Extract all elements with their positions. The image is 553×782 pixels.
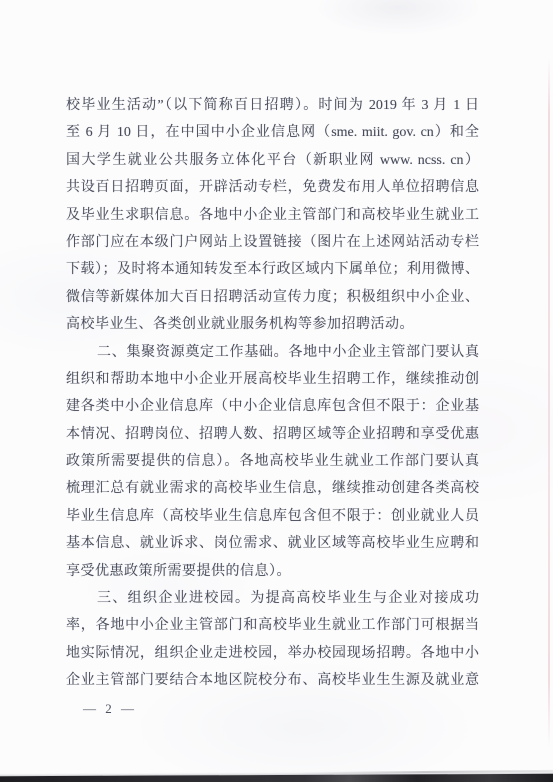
text-line: 本情况、招聘岗位、招聘人数、招聘区域等企业招聘和享受优惠 (66, 421, 479, 448)
text-line: 地实际情况，组织企业走进校园，举办校园现场招聘。各地中小 (66, 640, 479, 667)
text-line: 校毕业生活动”（以下简称百日招聘）。时间为 2019 年 3 月 1 日 (66, 92, 479, 119)
text-line: 及毕业生求职信息。各地中小企业主管部门和高校毕业生就业工 (66, 202, 479, 229)
text-line: 毕业生信息库（高校毕业生信息库包含但不限于：创业就业人员 (66, 503, 479, 530)
text-line: 组织和帮助本地中小企业开展高校毕业生招聘工作，继续推动创 (66, 366, 479, 393)
text-line: 高校毕业生、各类创业就业服务机构等参加招聘活动。 (66, 311, 479, 338)
scan-artifact-bottom-bar (0, 774, 553, 782)
text-line: 享受优惠政策所需要提供的信息）。 (66, 558, 479, 585)
text-line: 企业主管部门要结合本地区院校分布、高校毕业生生源及就业意 (66, 667, 479, 694)
document-body: 校毕业生活动”（以下简称百日招聘）。时间为 2019 年 3 月 1 日至 6 … (66, 92, 479, 695)
text-line: 二、集聚资源奠定工作基础。各地中小企业主管部门要认真 (66, 339, 479, 366)
text-line: 建各类中小企业信息库（中小企业信息库包含但不限于：企业基 (66, 393, 479, 420)
scanned-document-page: 校毕业生活动”（以下简称百日招聘）。时间为 2019 年 3 月 1 日至 6 … (0, 0, 553, 782)
text-line: 率，各地中小企业主管部门和高校毕业生就业工作部门可根据当 (66, 612, 479, 639)
text-line: 三、组织企业进校园。为提高高校毕业生与企业对接成功 (66, 585, 479, 612)
text-line: 下载）；及时将本通知转发至本行政区域内下属单位；利用微博、 (66, 256, 479, 283)
text-line: 共设百日招聘页面，开辟活动专栏，免费发布用人单位招聘信息 (66, 174, 479, 201)
text-line: 至 6 月 10 日，在中国中小企业信息网（sme. miit. gov. cn… (66, 119, 479, 146)
page-number: — 2 — (83, 701, 137, 717)
text-line: 基本信息、就业诉求、岗位需求、就业区域等高校毕业生应聘和 (66, 530, 479, 557)
scan-artifact-right-edge-line (548, 58, 550, 748)
text-line: 政策所需要提供的信息）。各地高校毕业生就业工作部门要认真 (66, 448, 479, 475)
text-line: 梳理汇总有就业需求的高校毕业生信息，继续推动创建各类高校 (66, 475, 479, 502)
text-line: 微信等新媒体加大百日招聘活动宣传力度；积极组织中小企业、 (66, 284, 479, 311)
text-line: 国大学生就业公共服务立体化平台（新职业网 www. ncss. cn） (66, 147, 479, 174)
text-line: 作部门应在本级门户网站上设置链接（图片在上述网站活动专栏 (66, 229, 479, 256)
